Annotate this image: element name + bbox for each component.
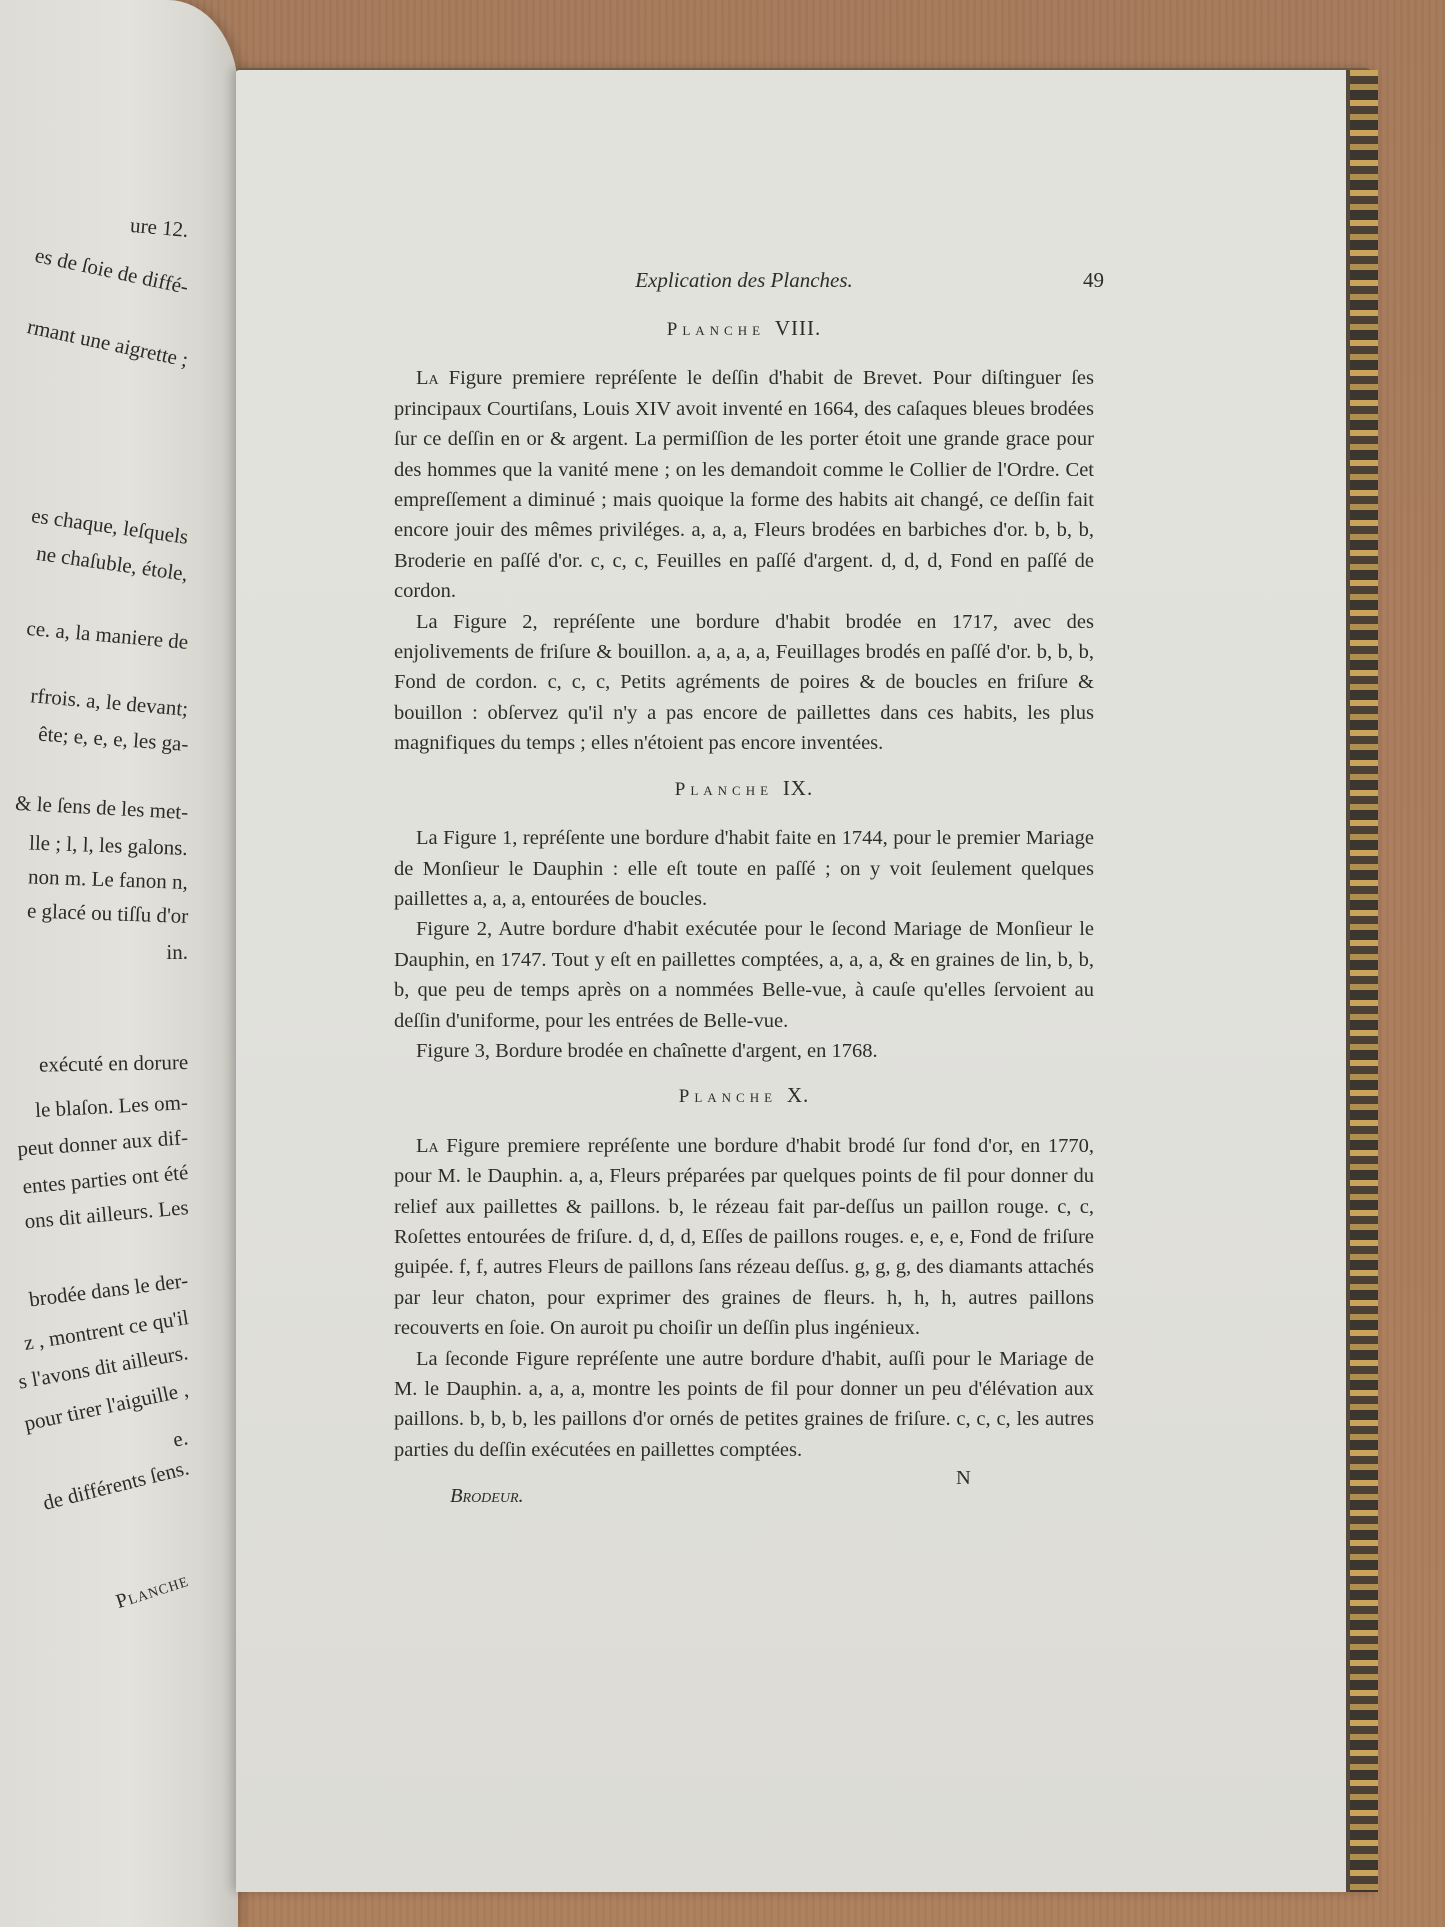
left-page-line: ce. a, la maniere de bbox=[25, 616, 189, 655]
left-page-line: es de ſoie de diffé- bbox=[33, 243, 191, 300]
section-heading: Planche VIII. bbox=[394, 313, 1094, 345]
left-page-catchword: Planche bbox=[113, 1569, 191, 1614]
running-head: Explication des Planches. 49 bbox=[394, 265, 1094, 299]
paragraph: Figure 3, Bordure brodée en chaînette d'… bbox=[394, 1036, 1094, 1066]
left-page-line: lle ; l, l, les galons. bbox=[29, 830, 188, 861]
left-page-line: ure 12. bbox=[129, 213, 189, 243]
left-page-line: brodée dans le der- bbox=[28, 1268, 190, 1312]
page-footer: Brodeur. N bbox=[394, 1467, 1094, 1507]
left-page-line: in. bbox=[166, 940, 188, 965]
left-page-line: e glacé ou tiſſu d'or bbox=[26, 898, 188, 929]
left-page-line: exécuté en dorure bbox=[39, 1050, 189, 1078]
paragraph: La Figure 1, repréſente une bordure d'ha… bbox=[394, 823, 1094, 914]
left-page-line: ête; e, e, e, les ga- bbox=[37, 722, 189, 757]
left-page-line: & le ſens de les met- bbox=[14, 791, 188, 825]
paragraph: La Figure premiere repréſente une bordur… bbox=[394, 1131, 1094, 1344]
left-page-line: le blaſon. Les om- bbox=[35, 1090, 189, 1123]
signature-mark: N bbox=[956, 1463, 971, 1493]
paragraph: Figure 2, Autre bordure d'habit exécutée… bbox=[394, 914, 1094, 1036]
left-page-line: de différents ſens. bbox=[40, 1455, 191, 1515]
section-planche-x: Planche X. La Figure premiere repréſente… bbox=[394, 1080, 1094, 1465]
paragraph: La Figure premiere repréſente le deſſin … bbox=[394, 363, 1094, 606]
left-page-line: ne chaſuble, étole, bbox=[35, 541, 190, 587]
catchword: Brodeur. bbox=[450, 1481, 524, 1511]
section-heading: Planche X. bbox=[394, 1080, 1094, 1112]
paragraph: La Figure 2, repréſente une bordure d'ha… bbox=[394, 607, 1094, 759]
left-page-line: e. bbox=[171, 1425, 190, 1452]
section-planche-ix: Planche IX. La Figure 1, repréſente une … bbox=[394, 773, 1094, 1067]
left-page-line: rfrois. a, le devant; bbox=[29, 683, 189, 722]
left-page-line: ons dit ailleurs. Les bbox=[23, 1195, 189, 1234]
page-text-block: Explication des Planches. 49 Planche VII… bbox=[394, 265, 1094, 1507]
section-planche-viii: Planche VIII. La Figure premiere repréſe… bbox=[394, 313, 1094, 759]
left-page-line: rmant une aigrette ; bbox=[25, 314, 190, 373]
left-page-line: non m. Le fanon n, bbox=[28, 864, 189, 895]
left-page-line: entes parties ont été bbox=[21, 1160, 189, 1199]
running-head-title: Explication des Planches. bbox=[635, 268, 853, 292]
right-page: Explication des Planches. 49 Planche VII… bbox=[236, 68, 1378, 1892]
left-page-line: peut donner aux dif- bbox=[17, 1125, 189, 1162]
section-heading: Planche IX. bbox=[394, 773, 1094, 805]
page-number: 49 bbox=[1083, 265, 1104, 295]
gilt-binding-edge bbox=[1346, 70, 1378, 1892]
paragraph: La ſeconde Figure repréſente une autre b… bbox=[394, 1344, 1094, 1466]
left-page: ure 12.es de ſoie de diffé-rmant une aig… bbox=[0, 0, 238, 1927]
